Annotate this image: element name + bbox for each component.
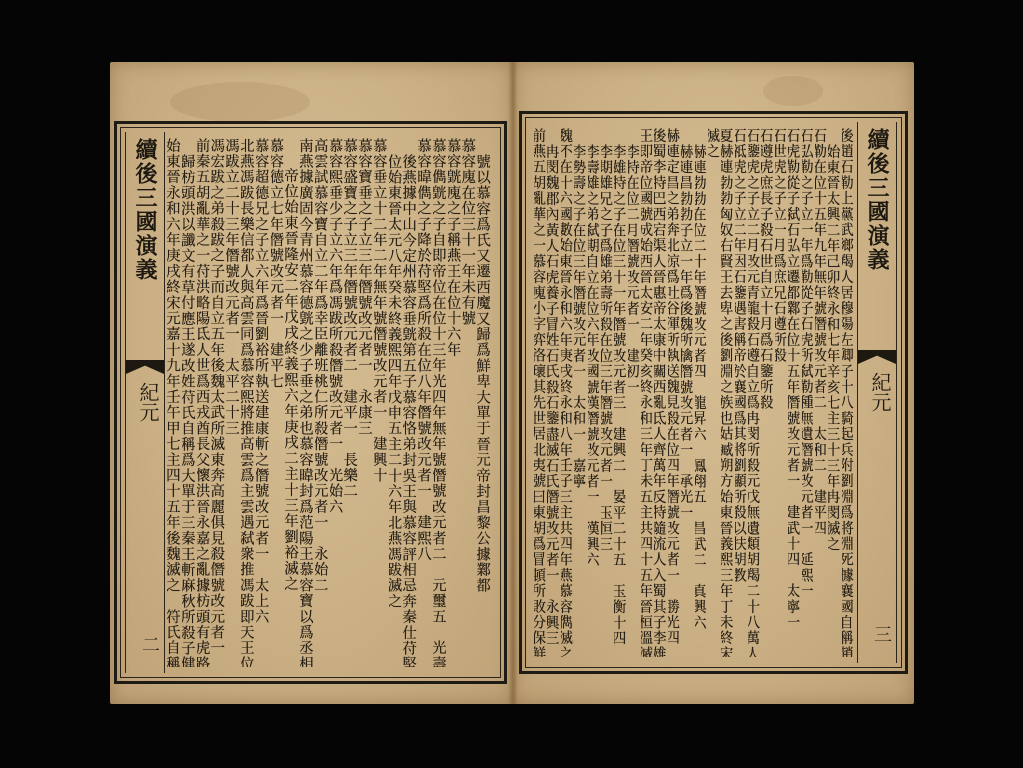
text-column: 魏不在十六國數始東晉永和六年庚戌終永和八年壬子三主共四年燕慕容儁滅之 — [561, 128, 574, 657]
section-label: 紀元 — [866, 372, 895, 412]
book-gutter — [508, 62, 518, 704]
text-column: 帝位始東晉隆安二年戊戌終義熙六年庚戌二主十三年劉裕滅之 — [285, 138, 300, 667]
right-page: 續後三國演義 紀元 三 後趙石勒上黨武鄉羯人居穆陽左卿子十八騎起兵附劉淵爲將淵死… — [513, 62, 914, 704]
text-column: 石虎勒從子弑石弘立遷都鄴在位十五年僭號改元者一 建武十四 太寧一 — [788, 128, 801, 657]
text-column: 前燕五胡亂華之一慕容廆小字弈洛瓌其先世居北夷號曰東胡爲冒頓所敗分保鮮卑山因以爲 — [534, 128, 547, 657]
fish-tail-mark-icon — [126, 360, 164, 374]
text-column: 慕容儁皝之子自即帝位在位十三年光四年無年號僭號改元者二 元璽五 光壽四 — [433, 138, 448, 667]
text-column: 石鑒虎之子立二月改元青龍殺石遵自立爲冉閔所殺元戊無遺類胡羯二十八萬人 — [748, 128, 761, 657]
paper-stain — [763, 76, 823, 106]
book-spread: 續後三國演義 紀元 二 號以慕容爲氏又遷西魔又歸爲鮮卑大單于晉元帝封昌黎公據鄴都… — [110, 62, 914, 704]
text-column: 李雄特之子在位三十一年僭號改元者三 建興二 晏平二十五 玉衡十四 — [614, 128, 627, 657]
text-column: 赫連定昌之弟奔北涼爲吐谷渾所執送魏見殺在位四年僭號改元者一 勝光四 — [668, 128, 681, 657]
text-column: 赫連昌勃勃子立一年爲後魏所擒僭號改元者一 承光一 — [681, 128, 694, 657]
fish-tail-mark-icon — [858, 350, 896, 364]
text-column: 李壽雄之弟弑期自立在位六年改國號漢僭號改元者一 漢興六 — [588, 128, 601, 657]
left-page: 續後三國演義 紀元 二 號以慕容爲氏又遷西魔又歸爲鮮卑大單于晉元帝封昌黎公據鄴都… — [110, 62, 513, 704]
text-column: 石弘勒之子立一年爲勒從子石虎所弑勒種無遺僭號改元者一 延熙一 — [802, 128, 815, 657]
text-column: 慕容盛寶之子立三年僭號改元者二 建平一 長樂二 — [344, 138, 359, 667]
text-column: 馮跋立二十三年僭號改元者一 太平二十三 — [226, 138, 241, 667]
right-page-inner-frame: 續後三國演義 紀元 三 後趙石勒上黨武鄉羯人居穆陽左卿子十八騎起兵附劉淵爲將淵死… — [525, 117, 902, 668]
text-column: 歸枋頭洪以讖文有草付應王遂改姓苻氏自稱爲大單于三秦王斬麻秋所殺子健斬麻秋關入 — [182, 138, 197, 667]
page-number: 二 — [136, 635, 162, 653]
book-title: 續後三國演義 — [860, 128, 894, 272]
section-label: 紀元 — [134, 382, 163, 422]
text-column: 冉閔魏郡內黃人石虎養子冒姓石氏殺石鑒盡滅石氏僭號改元者一 永興三 — [547, 128, 560, 657]
left-page-inner-frame: 續後三國演義 紀元 二 號以慕容爲氏又遷西魔又歸爲鮮卑大單于晉元帝封昌黎公據鄴都… — [120, 127, 501, 678]
text-column: 慕容皝廆之子稱燕王在位十六年 — [448, 138, 463, 667]
text-column: 石遵虎庶長子殺石世自立十月爲石鑒所殺 — [761, 128, 774, 657]
right-page-frame: 續後三國演義 紀元 三 後趙石勒上黨武鄉羯人居穆陽左卿子十八騎起兵附劉淵爲將淵死… — [519, 111, 908, 674]
text-column: 位始東晉太元八年癸未終義熙四年戊申五主二十六年北燕馮跋滅之 — [389, 138, 404, 667]
page-number: 三 — [868, 625, 894, 643]
text-column: 李特在位二月僭號改元者一 建初一 — [628, 128, 641, 657]
text-column: 號以慕容爲氏又遷西魔又歸爲鮮卑大單于晉元帝封昌黎公據鄴都 — [477, 138, 492, 667]
text-column: 慕容垂立十二年二年無年號僭號改元者一 建興十 — [374, 138, 389, 667]
text-column: 前秦五胡亂華之一苻洪略陽氐人世爲西戎酋長父懷洪晉永嘉之亂據枋頭有虎路中原之志 — [197, 138, 212, 667]
text-column: 慕容寶垂之子立三年僭號改元者一 永康三 — [359, 138, 374, 667]
left-page-frame: 續後三國演義 紀元 二 號以慕容爲氏又遷西魔又歸爲鮮卑大單于晉元帝封昌黎公據鄴都… — [114, 121, 507, 684]
text-column: 馮宏跋之弟殺跋之子而自立五年後魏太武所滅東奔高麗俱見殺僭號改元者一 大興五 — [211, 138, 226, 667]
right-text-columns: 後趙石勒上黨武鄉羯人居穆陽左卿子十八騎起兵附劉淵爲將淵死據襄國自稱趙王建平初稱帝… — [534, 128, 855, 657]
paper-stain — [170, 82, 310, 122]
book-title: 續後三國演義 — [128, 138, 162, 282]
text-column: 夏赫連勃勃匈奴右賢王去卑之後劉淵之族也姑臧朔方始東晉義熙三年丁未終宋元嘉八年辛未… — [721, 128, 734, 657]
text-column: 後蜀李特巴西宕渠人晉惠帝太康中關西亂氐人齊萬年反特隨流人入蜀其子李雄遂據成都 — [654, 128, 667, 657]
text-column: 始東晉永和六年庚戌終宋元嘉十九年壬午甲七主四十五年後魏滅之 符氏自稱大王即帝位 — [167, 138, 182, 667]
left-text-columns: 號以慕容爲氏又遷西魔又歸爲鮮卑大單于晉元帝封昌黎公據鄴都 慕容廆在位三十一年未有… — [167, 138, 492, 667]
text-column: 王即帝位國號成始西晉太安二年癸亥終永和三年丁未五主共四十五年晉桓溫滅之 — [641, 128, 654, 657]
text-column: 後燕據中山今定州慕容垂皝第五子慕容恪弟封吳王與慕容評相忌奔秦仕苻堅苻堅敗後 — [403, 138, 418, 667]
text-column: 李勢壽之子在位三年僭號改元者一 太和一 嘉寧 — [574, 128, 587, 657]
text-column: 北燕馮跋長樂信都人與高雲同爲慕容熙將推高雲爲主雲遇弑衆推馮跋即天王位國號燕據昌黎 — [241, 138, 256, 667]
text-column: 南燕據廣固今青州慕容德皝之少子垂之弟也慕容暐封爲范陽王慕容寶以爲丞相領冀州牧 — [300, 138, 315, 667]
text-column: 高雲試慕容寶自立二年爲幸臣離班桃仁所殺僭號改元者一 永始二 — [315, 138, 330, 667]
text-column: 石勒在位十五年九年無年號僭號改元者二 太和二 建平四 — [815, 128, 828, 657]
text-column: 滅之 — [708, 128, 721, 657]
text-column: 赫連勃勃在位二十年僭號改元者四 龍昇六 鳳翔五 昌武二 真興六 — [695, 128, 708, 657]
text-column: 後趙石勒上黨武鄉羯人居穆陽左卿子十八騎起兵附劉淵爲將淵死據襄國自稱趙王建平初稱帝 — [842, 128, 855, 657]
text-column: 始東晉太興二年己卯終永和七年辛亥七主三十三年冉閔滅之 — [828, 128, 841, 657]
text-column: 石祗虎之子立二年因石鑒遇害稱帝於襄國爲其將劉顯所殺以扶胡教 — [735, 128, 748, 657]
left-banxin: 續後三國演義 紀元 二 — [125, 132, 165, 673]
text-column: 慕容德立七年僭號改元者一 建平七 — [271, 138, 286, 667]
text-column: 李期雄兄之子爲雄弟壽所殺在位三年僭號改元者一 玉恒三 — [601, 128, 614, 657]
text-column: 慕容暐儁之子降於苻堅爲所殺在位八年僭號改元者一 建熙八 — [418, 138, 433, 667]
text-column: 慕容超德兄之子立六年爲晉劉裕所執送建康斬之僭號改元者一 太上六 — [256, 138, 271, 667]
right-banxin: 續後三國演義 紀元 三 — [857, 122, 897, 663]
text-column: 慕容廆在位三十一年未有號 — [462, 138, 477, 667]
text-column: 石世虎之子立一月爲庶兄石遵所殺 — [775, 128, 788, 657]
text-column: 慕容熙垂少子立六年爲馮跋所殺僭號改元者一 光始六 — [330, 138, 345, 667]
